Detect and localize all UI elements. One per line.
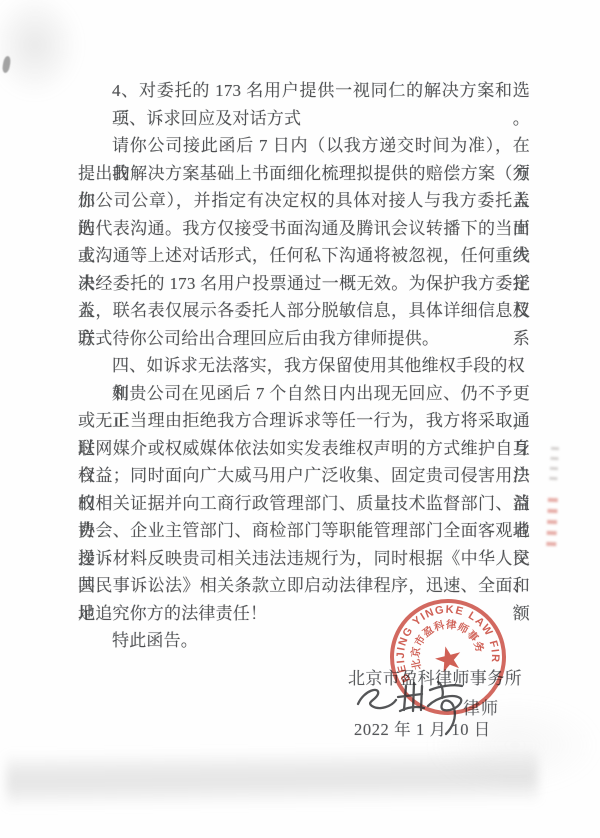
ink-bleed-mark-red	[546, 498, 558, 550]
scanned-letter-page: 4、对委托的 173 名用户提供一视同仁的解决方案和选项。 三、诉求回应及对话方…	[0, 0, 600, 838]
doc-line: 联网媒介或权威媒体依法如实发表维权声明的方式维护自身合法	[78, 435, 530, 463]
lawyer-signature	[350, 674, 500, 736]
doc-line: 的代表沟通。我方仅接受书面沟通及腾讯会议转播下的当面或线	[78, 215, 530, 243]
doc-line: 协会、企业主管部门、商检部门等职能管理部门全面客观地递交	[78, 517, 530, 545]
doc-line: 的相关证据并向工商行政管理部门、质量技术监督部门、消费者	[78, 490, 530, 518]
doc-line: 上沟通等上述对话形式，任何私下沟通将被忽视，任何重大决定	[78, 242, 530, 270]
ink-bleed-mark-gray	[549, 447, 559, 487]
doc-line: 投诉材料反映贵司相关违法违规行为，同时根据《中华人民共和	[78, 545, 530, 573]
scan-ink-mark	[2, 56, 12, 74]
star-icon	[433, 643, 464, 673]
doc-line: 权益；同时面向广大威马用户广泛收集、固定贵司侵害用户权益	[78, 462, 530, 490]
scan-shadow-bottom	[6, 747, 539, 809]
doc-line: 4、对委托的 173 名用户提供一视同仁的解决方案和选项。	[78, 77, 530, 105]
doc-line: 你公司公章），并指定有决定权的具体对接人与我方委托人选出	[78, 187, 530, 215]
letter-body: 4、对委托的 173 名用户提供一视同仁的解决方案和选项。 三、诉求回应及对话方…	[78, 77, 530, 655]
doc-line: 请你公司接此函后 7 日内（以我方递交时间为准），在我方	[78, 132, 530, 160]
doc-line: 益，联名表仅展示各委托人部分脱敏信息，具体详细信息及联系	[78, 297, 530, 325]
section-heading: 四、如诉求无法落实，我方保留使用其他维权手段的权利	[78, 352, 530, 380]
doc-line: 未经委托的 173 名用户投票通过一概无效。为保护我方委托人权	[78, 270, 530, 298]
doc-line: 提出的解决方案基础上书面细化梳理拟提供的赔偿方案（须加盖	[78, 160, 530, 188]
doc-line: 如贵公司在见函后 7 个自然日内出现无回应、仍不予更正，	[78, 380, 530, 408]
doc-line: 或无正当理由拒绝我方合理诉求等任一行为，我方将采取通过互	[78, 407, 530, 435]
